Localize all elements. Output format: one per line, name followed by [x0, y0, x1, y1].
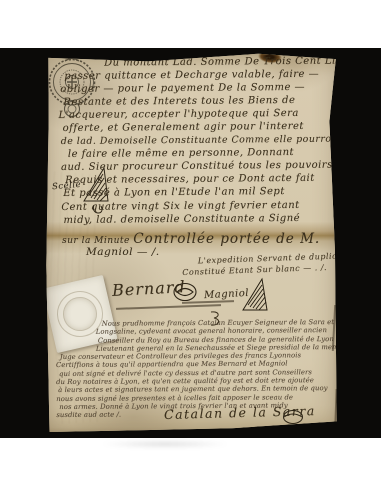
controllee-text: Controllée portée de M.	[133, 231, 320, 247]
paraph-flourish-icon	[240, 277, 270, 313]
scanned-manuscript-page: Du montant Lad. Somme De Trois Cent Libr…	[0, 0, 381, 492]
paraph-flourish-icon	[80, 165, 114, 217]
photo-black-backdrop: Du montant Lad. Somme De Trois Cent Libr…	[0, 48, 381, 438]
minute-control-line: sur la Minute Controllée portée de M.	[62, 231, 320, 247]
minute-small-text: sur la Minute	[62, 236, 130, 246]
manuscript-paper: Du montant Lad. Somme De Trois Cent Libr…	[46, 53, 337, 432]
expedition-note: L'expedition Servant de duplicata Consti…	[182, 250, 337, 278]
pen-stroke	[334, 389, 337, 425]
paraph-flourish-icon	[282, 409, 304, 425]
signature-underline	[116, 304, 221, 309]
magniol-reference: Magniol — /.	[86, 246, 160, 258]
scan-smudge	[100, 440, 230, 448]
